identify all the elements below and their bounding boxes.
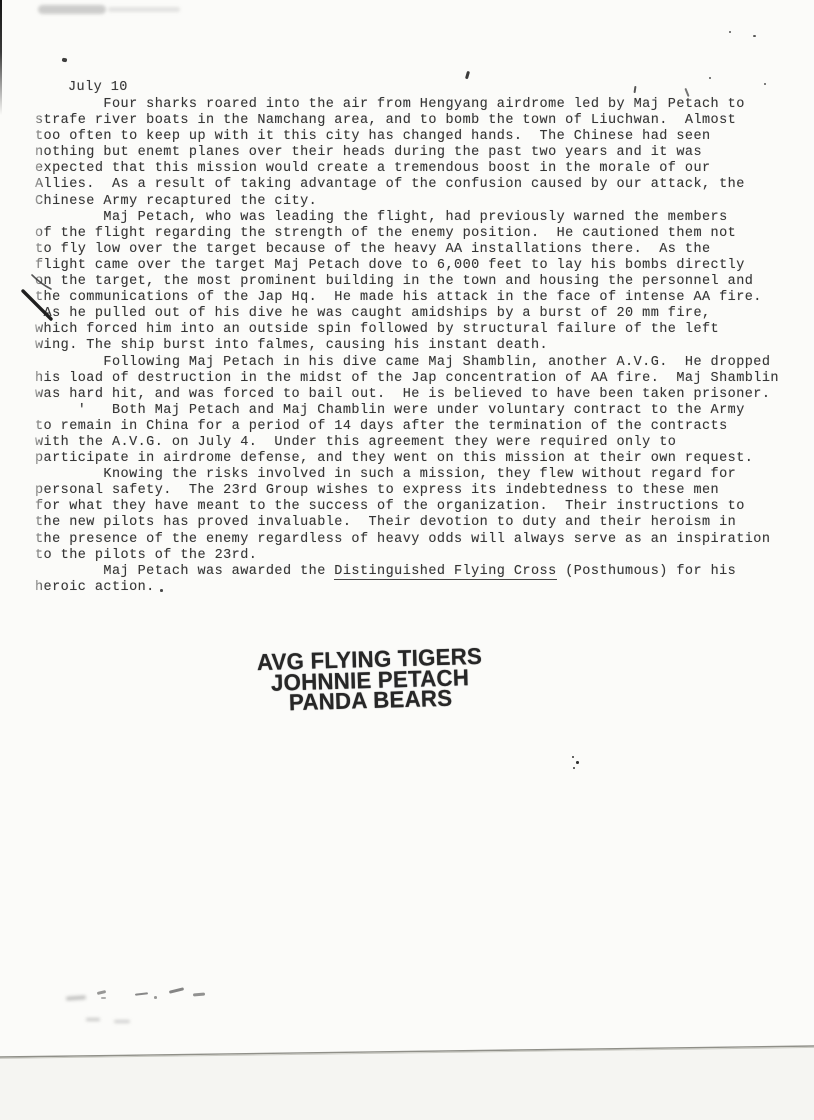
ink-dot [753, 35, 756, 37]
photo-caption: AVG FLYING TIGERS JOHNNIE PETACH PANDA B… [227, 645, 514, 714]
speck-cluster-dot [572, 756, 574, 758]
bottom-smudge [193, 992, 205, 996]
ink-dot [160, 589, 163, 592]
speck-cluster-dot [576, 761, 579, 764]
stray-comma-mark [465, 71, 470, 79]
bottom-smudge-faint-row [86, 1018, 100, 1021]
bottom-smudge [169, 987, 184, 994]
document-body: Four sharks roared into the air from Hen… [35, 97, 795, 596]
ink-speck [62, 57, 68, 62]
margin-pen-mark [18, 272, 64, 326]
paragraph-attack: Maj Petach, who was leading the flight, … [35, 210, 795, 355]
paragraph-shamblin: Following Maj Petach in his dive came Ma… [35, 355, 795, 403]
scanned-document-page: July 10 Four sharks roared into the air … [0, 0, 814, 1120]
award-name-underlined: Distinguished Flying Cross [334, 564, 556, 581]
top-left-smudge [38, 5, 106, 14]
bottom-smudge [154, 996, 157, 999]
ink-dot [729, 31, 731, 33]
ink-dot [709, 77, 711, 79]
award-text-before: Maj Petach was awarded the [35, 564, 334, 579]
stray-apostrophe-mark [634, 86, 637, 93]
bottom-smudge [97, 990, 106, 995]
paragraph-tribute: Knowing the risks involved in such a mis… [35, 467, 795, 564]
top-left-smudge-streak [108, 7, 180, 12]
bottom-smudge-faint-row [114, 1020, 130, 1023]
ink-dot [764, 83, 766, 85]
speck-cluster-dot [573, 767, 575, 769]
bottom-smudge [66, 995, 86, 1000]
bottom-smudge [135, 992, 148, 996]
paragraph-mission: Four sharks roared into the air from Hen… [35, 97, 795, 210]
bottom-smudge [101, 997, 106, 999]
scan-bottom-line [0, 1040, 814, 1064]
paragraph-contract: ' Both Maj Petach and Maj Chamblin were … [35, 403, 795, 467]
paragraph-award: Maj Petach was awarded the Distinguished… [35, 564, 795, 596]
document-date: July 10 [68, 80, 128, 95]
scan-left-edge [0, 0, 2, 115]
stray-slash-mark [684, 88, 689, 97]
